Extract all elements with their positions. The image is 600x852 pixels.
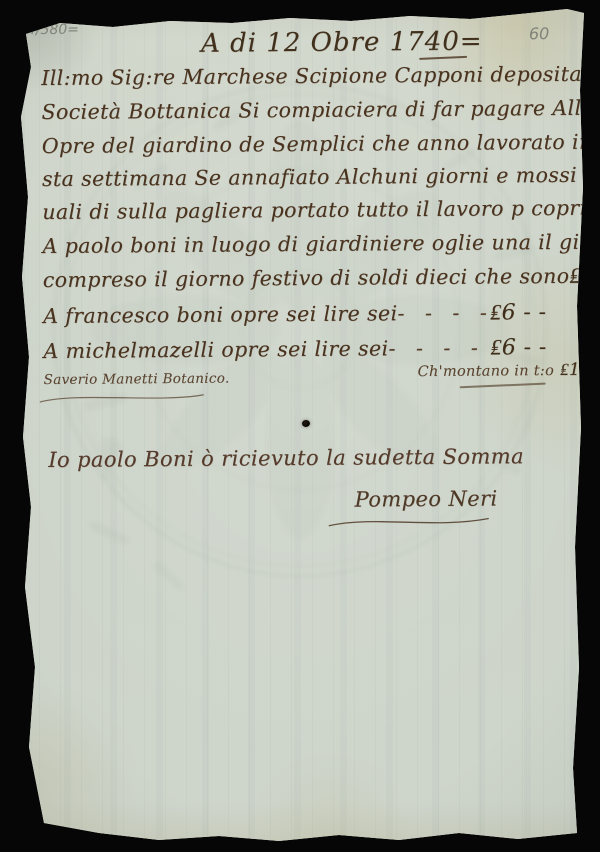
date-line: A di 12 Obre 1740=: [201, 27, 483, 59]
body-line: Opre del giardino de Semplici che anno l…: [42, 129, 600, 158]
signature-flourish-icon: [38, 391, 208, 406]
archive-note: 4/580=: [27, 22, 79, 38]
total-label: Ch'montano in t:o: [418, 363, 555, 380]
total-row: Ch'montano in t:o ₤18.10 -: [418, 359, 600, 381]
body-line: uali di sulla pagliera portato tutto il …: [42, 196, 600, 224]
account-row: compreso il giorno festivo di soldi diec…: [43, 263, 554, 293]
body-line: Società Bottanica Si compiaciera di far …: [41, 95, 600, 124]
account-amount: ₤6:10=: [569, 262, 600, 289]
account-row: A michelmazelli opre sei lire sei - - - …: [43, 334, 554, 364]
body-line: Ill:mo Sig:re Marchese Scipione Capponi …: [41, 61, 600, 90]
account-amount: ₤6 - -: [490, 334, 554, 361]
manuscript-content: 4/580= A di 12 Obre 1740= 60 Ill:mo Sig:…: [15, 4, 589, 846]
dash-leaders: - - - - - - -: [388, 336, 490, 361]
account-text: compreso il giorno festivo di soldi diec…: [43, 264, 570, 292]
receipt-line: Io paolo Boni ò ricievuto la sudetta Som…: [48, 444, 524, 472]
total-underline: [460, 383, 546, 389]
signature-flourish-icon: [325, 512, 495, 531]
manuscript-page: 4/580= A di 12 Obre 1740= 60 Ill:mo Sig:…: [18, 6, 585, 844]
body-line: sta settimana Se annafiato Alchuni giorn…: [42, 163, 577, 191]
account-row: A francesco boni opre sei lire sei - - -…: [43, 299, 554, 329]
total-amount: ₤18.10 -: [560, 359, 600, 380]
account-text: A michelmazelli opre sei lire sei: [43, 336, 388, 363]
account-amount: ₤6 - -: [490, 299, 554, 326]
payee-signature: Pompeo Neri: [354, 486, 497, 511]
body-line: A paolo boni in luogo di giardiniere ogl…: [42, 229, 600, 258]
folio-number: 60: [529, 24, 550, 43]
paper-hole: [302, 420, 310, 427]
account-text: A francesco boni opre sei lire sei: [43, 301, 398, 328]
scanned-manuscript: 4/580= A di 12 Obre 1740= 60 Ill:mo Sig:…: [0, 0, 600, 852]
botanist-signature: Saverio Manetti Botanico.: [44, 371, 230, 388]
dash-leaders: - - - - - - - -: [397, 301, 490, 326]
